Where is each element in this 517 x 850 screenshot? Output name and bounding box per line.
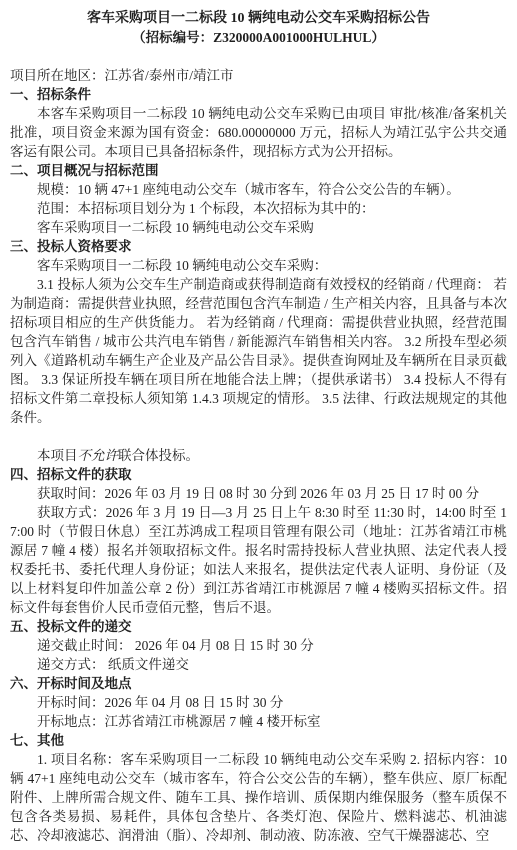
section-heading-bidder-qualifications: 三、投标人资格要求 (10, 237, 507, 256)
no-consortium-suffix: 联合体投标。 (118, 448, 199, 463)
paragraph-submission-deadline: 递交截止时间： 2026 年 04 月 08 日 15 时 30 分 (10, 636, 507, 655)
paragraph-lot-name: 客车采购项目一二标段 10 辆纯电动公交车采购 (10, 218, 507, 237)
paragraph-scope: 范围：本招标项目划分为 1 个标段，本次招标为其中的： (10, 199, 507, 218)
paragraph-obtain-time: 获取时间：2026 年 03 月 19 日 08 时 30 分到 2026 年 … (10, 484, 507, 503)
no-consortium-note: 本项目不允许联合体投标。 (10, 446, 507, 465)
section-heading-project-overview: 二、项目概况与招标范围 (10, 161, 507, 180)
paragraph-obtain-method: 获取方式：2026 年 3 月 19 日—3 月 25 日上午 8:30 时至 … (10, 503, 507, 617)
paragraph-qualification-intro: 客车采购项目一二标段 10 辆纯电动公交车采购： (10, 256, 507, 275)
paragraph-opening-location: 开标地点：江苏省靖江市桃源居 7 幢 4 楼开标室 (10, 712, 507, 731)
paragraph-qualification-details: 3.1 投标人须为公交车生产制造商或获得制造商有效授权的经销商 / 代理商： 若… (10, 275, 507, 427)
paragraph-opening-time: 开标时间：2026 年 04 月 08 日 15 时 30 分 (10, 693, 507, 712)
spacer (10, 427, 507, 446)
no-consortium-emphasis: 不允许 (78, 448, 119, 463)
paragraph-bid-conditions: 本客车采购项目一二标段 10 辆纯电动公交车采购已由项目 审批/核准/备案机关批… (10, 104, 507, 161)
project-location-value: 江苏省/泰州市/靖江市 (105, 68, 234, 83)
section-heading-bid-conditions: 一、招标条件 (10, 85, 507, 104)
project-location-line: 项目所在地区：江苏省/泰州市/靖江市 (10, 66, 507, 85)
section-heading-other: 七、其他 (10, 731, 507, 750)
tender-announcement-document: 客车采购项目一二标段 10 辆纯电动公交车采购招标公告 （招标编号：Z32000… (0, 0, 517, 850)
no-consortium-prefix: 本项目 (37, 448, 78, 463)
tender-number: （招标编号：Z320000A001000HULHUL） (10, 28, 507, 47)
section-heading-bid-opening: 六、开标时间及地点 (10, 674, 507, 693)
document-title: 客车采购项目一二标段 10 辆纯电动公交车采购招标公告 (10, 9, 507, 28)
paragraph-other-details: 1. 项目名称：客车采购项目一二标段 10 辆纯电动公交车采购 2. 招标内容：… (10, 750, 507, 845)
section-heading-obtain-documents: 四、招标文件的获取 (10, 465, 507, 484)
section-heading-bid-submission: 五、投标文件的递交 (10, 617, 507, 636)
paragraph-scale: 规模：10 辆 47+1 座纯电动公交车（城市客车，符合公交公告的车辆）。 (10, 180, 507, 199)
project-location-label: 项目所在地区： (10, 68, 105, 83)
paragraph-submission-method: 递交方式： 纸质文件递交 (10, 655, 507, 674)
spacer (10, 47, 507, 66)
